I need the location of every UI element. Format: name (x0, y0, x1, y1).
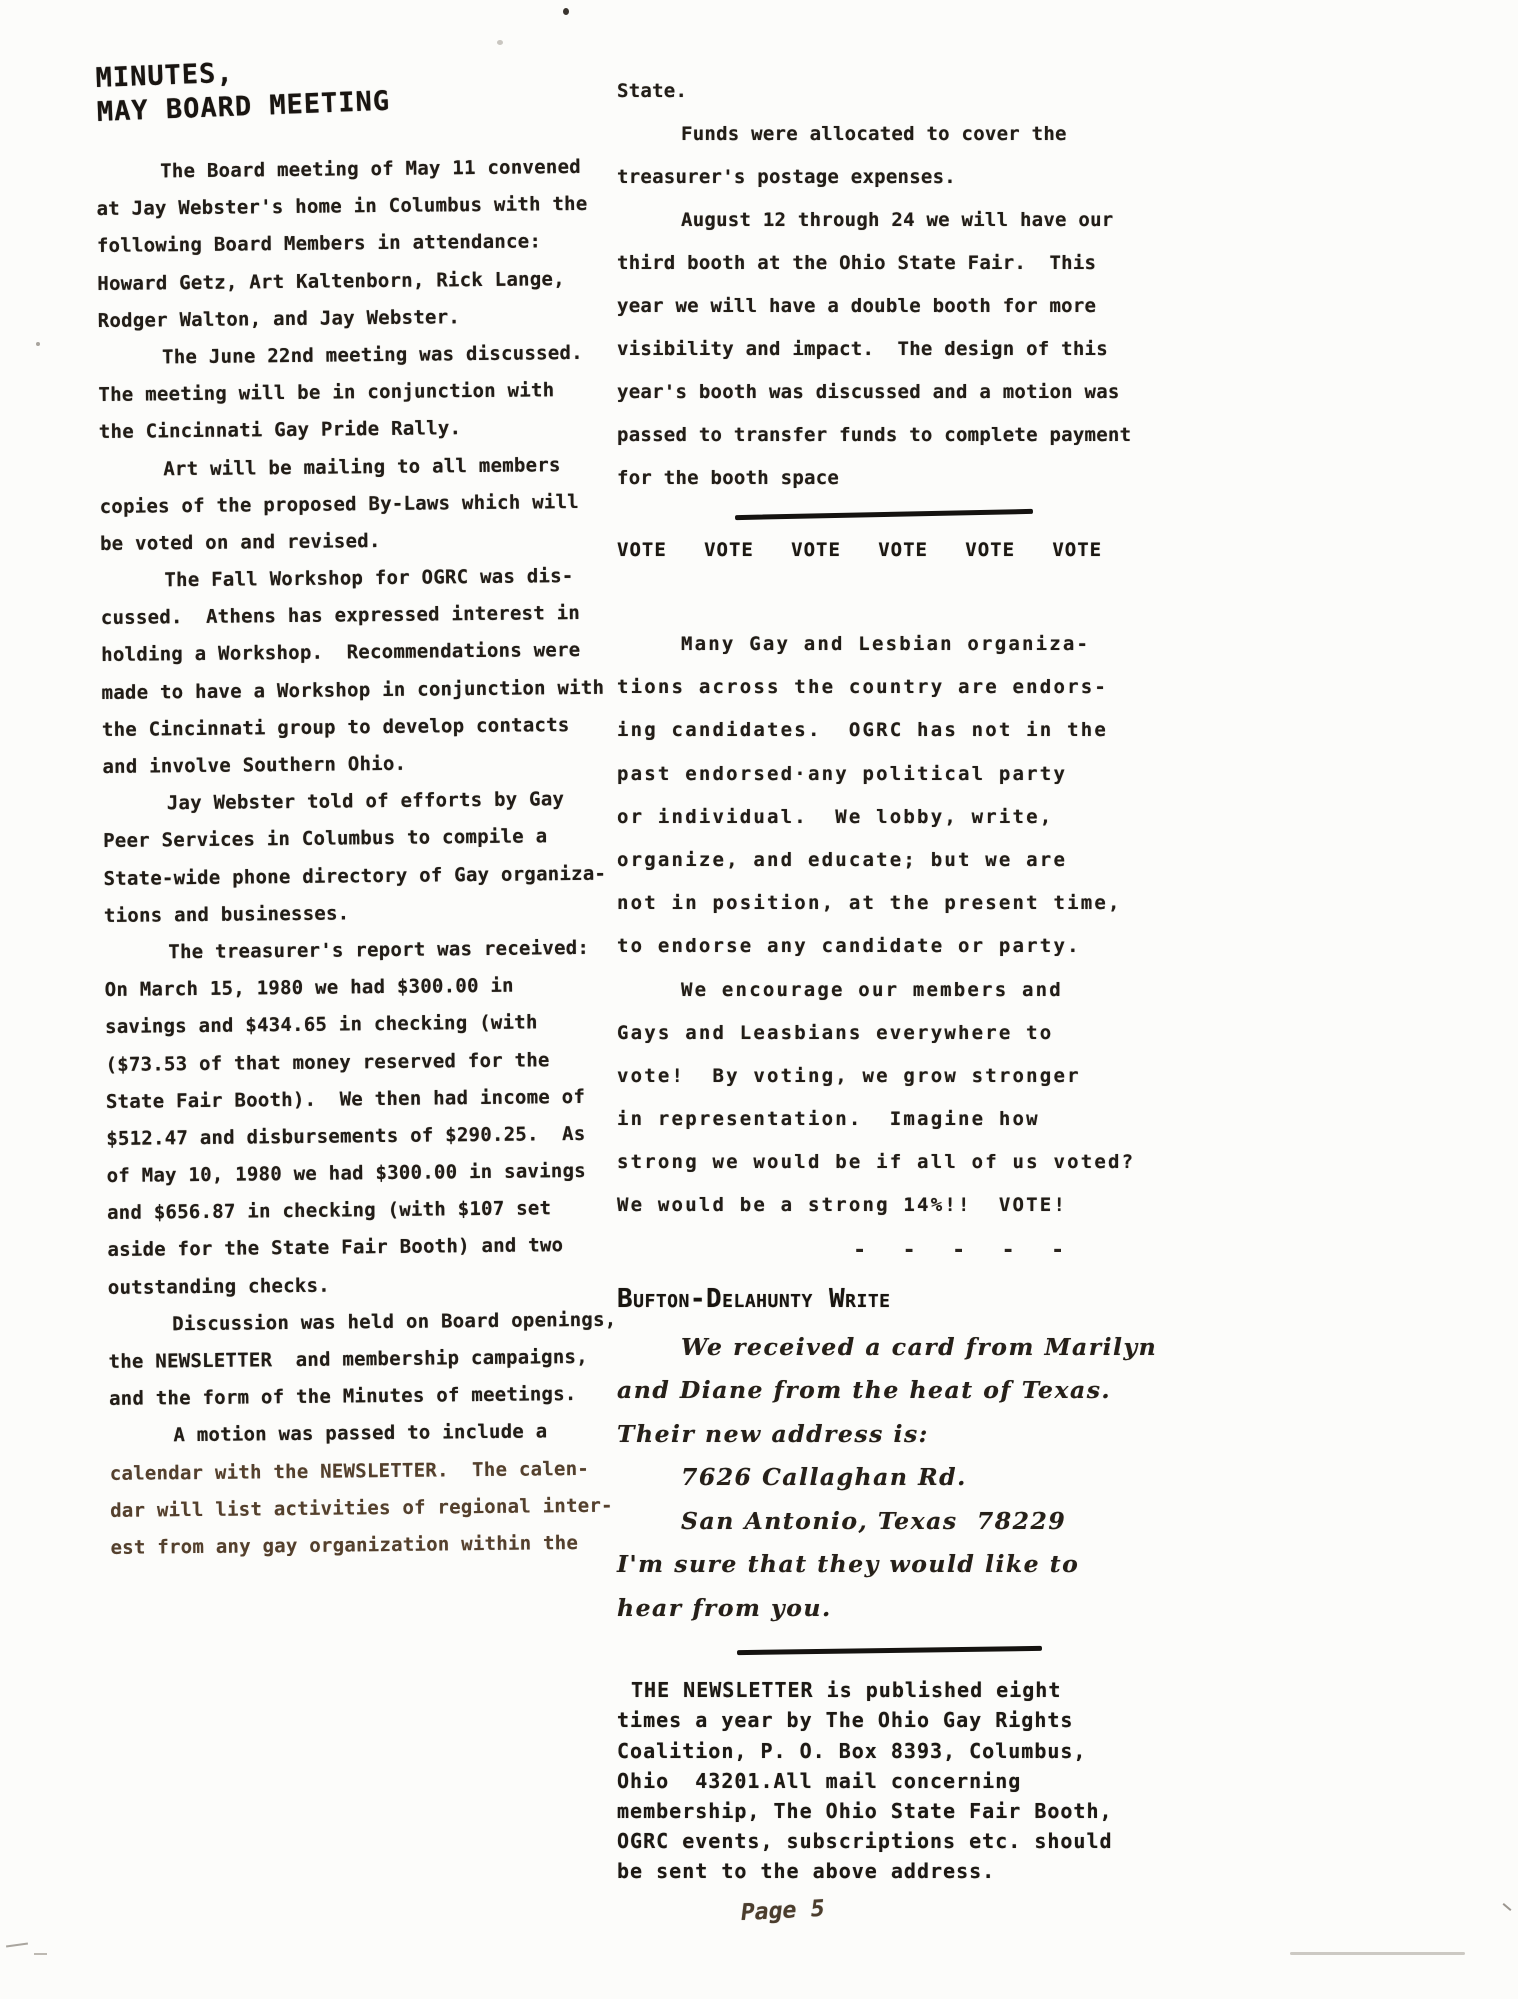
text-line: and Diane from the heat of Texas. (617, 1369, 1157, 1413)
text-line: OGRC events, subscriptions etc. should (617, 1826, 1157, 1856)
text-line: The treasurer's report was received: (104, 929, 619, 972)
text-line: holding a Workshop. Recommendations were (101, 632, 616, 675)
text-line: State. (617, 70, 1157, 113)
endorsement-section: Many Gay and Lesbian organiza-tions acro… (617, 623, 1157, 1228)
minutes-body: The Board meeting of May 11 convenedat J… (96, 149, 626, 1567)
right-column: State.Funds were allocated to cover thet… (617, 70, 1157, 1886)
scanned-newsletter-page: MINUTES, MAY BOARD MEETING The Board mee… (0, 0, 1518, 1999)
text-line: Rodger Walton, and Jay Webster. (98, 297, 613, 340)
left-column: MINUTES, MAY BOARD MEETING The Board mee… (95, 57, 626, 1567)
text-line: and the form of the Minutes of meetings. (109, 1376, 624, 1419)
scan-artifact (1503, 1903, 1512, 1911)
text-line: The Fall Workshop for OGRC was dis- (100, 558, 615, 601)
minutes-heading: MINUTES, MAY BOARD MEETING (95, 42, 612, 130)
bufton-delahunty-note: We received a card from Marilynand Diane… (617, 1326, 1157, 1631)
text-line: past endorsed·any political party (617, 753, 1157, 796)
newsletter-info-box: THE NEWSLETTER is published eighttimes a… (617, 1675, 1157, 1886)
text-line: and involve Southern Ohio. (102, 744, 617, 787)
text-line: be voted on and revised. (100, 520, 615, 563)
text-line: dar will list activities of regional int… (110, 1487, 625, 1530)
text-line: copies of the proposed By-Laws which wil… (99, 483, 614, 526)
text-line: est from any gay organization within the (110, 1524, 625, 1567)
text-line: The June 22nd meeting was discussed. (98, 335, 613, 378)
text-line: San Antonio, Texas 78229 (617, 1500, 1157, 1544)
scan-artifact (497, 40, 503, 45)
scan-artifact (34, 1953, 47, 1955)
text-line: Howard Getz, Art Kaltenborn, Rick Lange, (97, 260, 612, 303)
text-line: organize, and educate; but we are (617, 839, 1157, 882)
text-line: hear from you. (617, 1587, 1157, 1631)
text-line: be sent to the above address. (617, 1856, 1157, 1886)
scan-artifact (36, 342, 40, 346)
text-line: strong we would be if all of us voted? (617, 1141, 1157, 1184)
text-line: We would be a strong 14%!! VOTE! (617, 1184, 1157, 1227)
text-line: year we will have a double booth for mor… (617, 285, 1157, 328)
text-line: in representation. Imagine how (617, 1098, 1157, 1141)
text-line: We received a card from Marilyn (617, 1326, 1157, 1370)
text-line: We encourage our members and (617, 969, 1157, 1012)
text-line: ($73.53 of that money reserved for the (105, 1041, 620, 1084)
scan-artifact (6, 1942, 28, 1947)
text-line: treasurer's postage expenses. (617, 156, 1157, 199)
text-line: $512.47 and disbursements of $290.25. As (106, 1115, 621, 1158)
text-line: THE NEWSLETTER is published eight (617, 1675, 1157, 1705)
scan-artifact (1290, 1952, 1465, 1955)
text-line: Jay Webster told of efforts by Gay (103, 781, 618, 824)
text-line: 7626 Callaghan Rd. (617, 1456, 1157, 1500)
text-line: at Jay Webster's home in Columbus with t… (96, 186, 611, 229)
text-line: State-wide phone directory of Gay organi… (103, 855, 618, 898)
text-line: August 12 through 24 we will have our (617, 199, 1157, 242)
text-line: tions and businesses. (104, 892, 619, 935)
text-line: year's booth was discussed and a motion … (617, 371, 1157, 414)
text-line: tions across the country are endors- (617, 666, 1157, 709)
text-line: made to have a Workshop in conjunction w… (101, 669, 616, 712)
vote-banner: VOTE VOTE VOTE VOTE VOTE VOTE (617, 533, 1157, 567)
text-line: Art will be mailing to all members (99, 446, 614, 489)
text-line: calendar with the NEWSLETTER. The calen- (110, 1450, 625, 1493)
text-line: the NEWSLETTER and membership campaigns, (108, 1339, 623, 1382)
text-line: or individual. We lobby, write, (617, 796, 1157, 839)
text-line: Their new address is: (617, 1413, 1157, 1457)
text-line: Gays and Leasbians everywhere to (617, 1012, 1157, 1055)
text-line: third booth at the Ohio State Fair. This (617, 242, 1157, 285)
text-line: Discussion was held on Board openings, (108, 1301, 623, 1344)
text-line: not in position, at the present time, (617, 882, 1157, 925)
scan-artifact (563, 8, 569, 15)
text-line: membership, The Ohio State Fair Booth, (617, 1796, 1157, 1826)
text-line: ing candidates. OGRC has not in the (617, 709, 1157, 752)
text-line: the Cincinnati Gay Pride Rally. (99, 409, 614, 452)
section-divider-rule (737, 1646, 1042, 1655)
text-line: I'm sure that they would like to (617, 1543, 1157, 1587)
bufton-delahunty-heading: Bufton-Delahunty Write (617, 1282, 1157, 1316)
page-number: Page 5 (739, 1896, 826, 1926)
text-line: times a year by The Ohio Gay Rights (617, 1705, 1157, 1735)
text-line: State Fair Booth). We then had income of (106, 1078, 621, 1121)
text-line: outstanding checks. (108, 1264, 623, 1307)
text-line: Ohio 43201.All mail concerning (617, 1766, 1157, 1796)
text-line: of May 10, 1980 we had $300.00 in saving… (106, 1153, 621, 1196)
text-line: aside for the State Fair Booth) and two (107, 1227, 622, 1270)
text-line: Peer Services in Columbus to compile a (103, 818, 618, 861)
text-line: savings and $434.65 in checking (with (105, 1004, 620, 1047)
text-line: to endorse any candidate or party. (617, 925, 1157, 968)
text-line: A motion was passed to include a (109, 1413, 624, 1456)
text-line: visibility and impact. The design of thi… (617, 328, 1157, 371)
board-report-continuation: State.Funds were allocated to cover thet… (617, 70, 1157, 500)
text-line: following Board Members in attendance: (97, 223, 612, 266)
text-line: the Cincinnati group to develop contacts (102, 706, 617, 749)
text-line: Funds were allocated to cover the (617, 113, 1157, 156)
text-line: passed to transfer funds to complete pay… (617, 414, 1157, 457)
text-line: The Board meeting of May 11 convened (96, 149, 611, 192)
text-line: On March 15, 1980 we had $300.00 in (105, 967, 620, 1010)
text-line: for the booth space (617, 457, 1157, 500)
dash-separator: - - - - - (853, 1236, 1157, 1266)
text-line: vote! By voting, we grow stronger (617, 1055, 1157, 1098)
text-line: and $656.87 in checking (with $107 set (107, 1190, 622, 1233)
text-line: The meeting will be in conjunction with (98, 372, 613, 415)
text-line: cussed. Athens has expressed interest in (101, 595, 616, 638)
text-line: Many Gay and Lesbian organiza- (617, 623, 1157, 666)
section-divider-rule (735, 509, 1033, 520)
text-line: Coalition, P. O. Box 8393, Columbus, (617, 1736, 1157, 1766)
